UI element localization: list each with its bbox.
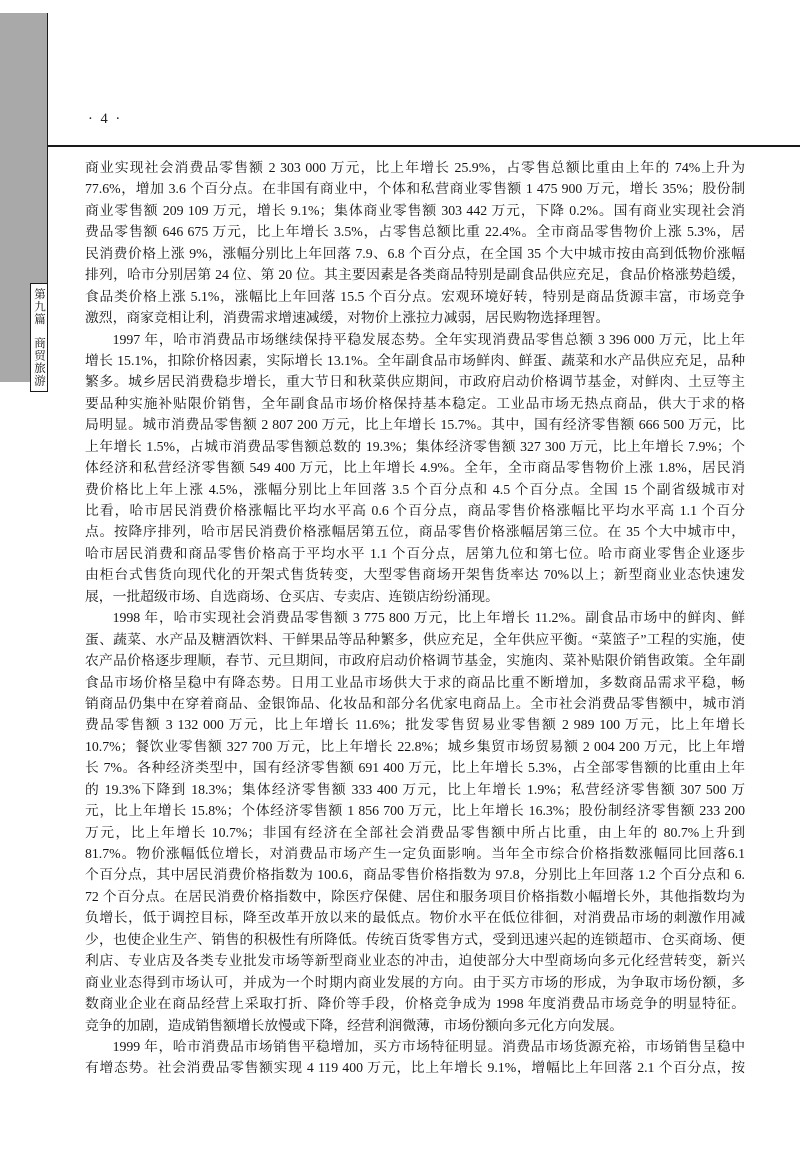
page-edge-band: 第九篇 商贸旅游: [0, 13, 48, 382]
body-text: 商业实现社会消费品零售额 2 303 000 万元，比上年增长 25.9%，占零…: [85, 157, 745, 1079]
text-line: 竞争的加剧，造成销售额增长放慢或下降，经营利润微薄，市场份额向多元化方向发展。: [85, 1015, 745, 1036]
text-line: 上年增长 1.5%，占城市消费品零售额总数的 19.3%；集体经济零售额 327…: [85, 436, 745, 457]
text-line: 民消费价格上涨 9%，涨幅分别比上年回落 7.9、6.8 个百分点，在全国 35…: [85, 243, 745, 264]
text-line: 展，一批超级市场、自选商场、仓买店、专卖店、连锁店纷纷涌现。: [85, 586, 745, 607]
text-line: 要品种实施补贴限价销售，全年副食品市场价格保持基本稳定。工业品市场无热点商品，供…: [85, 393, 745, 414]
text-line: 81.7%。物价涨幅低位增长，对消费品市场产生一定负面影响。当年全市综合价格指数…: [85, 843, 745, 864]
text-line: 由柜台式售货向现代化的开架式售货转变，大型零售商场开架售货率达 70%以上；新型…: [85, 564, 745, 585]
chapter-tab: 第九篇 商贸旅游: [30, 283, 48, 392]
text-line: 哈市居民消费和商品零售价格高于平均水平 1.1 个百分点，居第九位和第七位。哈市…: [85, 543, 745, 564]
text-line: 1999 年，哈市消费品市场销售平稳增加，买方市场特征明显。消费品市场货源充裕，…: [85, 1036, 745, 1057]
text-line: 局明显。城市消费品零售额 2 807 200 万元，比上年增长 15.7%。其中…: [85, 414, 745, 435]
text-line: 激烈，商家竞相让利，消费需求增速减缓，对物价上涨拉力减弱，居民购物选择理智。: [85, 307, 745, 328]
text-line: 比看，哈市居民消费价格涨幅比平均水平高 0.6 个百分点，商品零售价格涨幅比平均…: [85, 500, 745, 521]
text-line: 元，比上年增长 15.8%；个体经济零售额 1 856 700 万元，比上年增长…: [85, 800, 745, 821]
text-line: 排列，哈市分别居第 24 位、第 20 位。其主要因素是各类商品特别是副食品供应…: [85, 264, 745, 285]
text-line: 万元，比上年增长 10.7%；非国有经济在全部社会消费品零售额中所占比重，由上年…: [85, 822, 745, 843]
text-line: 商业零售额 209 109 万元，增长 9.1%；集体商业零售额 303 442…: [85, 200, 745, 221]
text-line: 费价格比上年上涨 4.5%，涨幅分别比上年回落 3.5 个百分点和 4.5 个百…: [85, 479, 745, 500]
text-line: 少，也使企业生产、销售的积极性有所降低。传统百货零售方式，受到迅速兴起的连锁超市…: [85, 929, 745, 950]
text-line: 食品市场价格呈稳中有降态势。日用工业品市场供大于求的商品比重不断增加，多数商品需…: [85, 672, 745, 693]
text-line: 1998 年，哈市实现社会消费品零售额 3 775 800 万元，比上年增长 1…: [85, 607, 745, 628]
text-line: 销商品仍集中在穿着商品、金银饰品、化妆品和部分名优家电商品上。全市社会消费品零售…: [85, 693, 745, 714]
text-line: 有增态势。社会消费品零售额实现 4 119 400 万元，比上年增长 9.1%，…: [85, 1057, 745, 1078]
text-line: 费品零售额 646 675 万元，比上年增长 3.5%，占零售总额比重 22.4…: [85, 221, 745, 242]
text-line: 利店、专业店及各类专业批发市场等新型商业业态的冲击，迫使部分大中型商场向多元化经…: [85, 950, 745, 971]
text-line: 个百分点，其中居民消费价格指数为 100.6，商品零售价格指数为 97.8，分别…: [85, 864, 745, 885]
text-line: 体经济和私营经济零售额 549 400 万元，比上年增长 4.9%。全年，全市商…: [85, 457, 745, 478]
text-line: 农产品价格逐步理顺，春节、元旦期间，市政府启动价格调节基金，实施肉、菜补贴限价销…: [85, 650, 745, 671]
text-line: 77.6%，增加 3.6 个百分点。在非国有商业中，个体和私营商业零售额 1 4…: [85, 178, 745, 199]
text-line: 72 个百分点。在居民消费价格指数中，除医疗保健、居住和服务项目价格指数小幅增长…: [85, 886, 745, 907]
text-line: 1997 年，哈市消费品市场继续保持平稳发展态势。全年实现消费品零售总额 3 3…: [85, 329, 745, 350]
text-line: 食品类价格上涨 5.1%，涨幅比上年回落 15.5 个百分点。宏观环境好转，特别…: [85, 286, 745, 307]
text-line: 商业业态得到市场认可，并成为一个时期内商业发展的方向。由于买方市场的形成，为争取…: [85, 972, 745, 993]
text-line: 商业实现社会消费品零售额 2 303 000 万元，比上年增长 25.9%，占零…: [85, 157, 745, 178]
text-line: 10.7%；餐饮业零售额 327 700 万元，比上年增长 22.8%；城乡集贸…: [85, 736, 745, 757]
text-line: 的 19.3%下降到 18.3%；集体经济零售额 333 400 万元，比上年增…: [85, 779, 745, 800]
text-line: 数商业企业在商品经营上采取打折、降价等手段，价格竞争成为 1998 年度消费品市…: [85, 993, 745, 1014]
text-line: 费品零售额 3 132 000 万元，比上年增长 11.6%；批发零售贸易业零售…: [85, 714, 745, 735]
text-line: 繁多。城乡居民消费稳步增长，重大节日和秋菜供应期间，市政府启动价格调节基金，对鲜…: [85, 371, 745, 392]
book-page: 第九篇 商贸旅游 · 4 · 商业实现社会消费品零售额 2 303 000 万元…: [0, 0, 800, 1159]
text-line: 长 7%。各种经济类型中，国有经济零售额 691 400 万元，比上年增长 5.…: [85, 757, 745, 778]
page-number: · 4 ·: [88, 111, 122, 128]
text-line: 负增长，低于调控目标，降至改革开放以来的最低点。物价水平在低位徘徊，对消费品市场…: [85, 907, 745, 928]
chapter-tab-section-label: 商贸旅游: [32, 337, 46, 387]
header-rule: [48, 145, 800, 147]
chapter-tab-part-label: 第九篇: [32, 288, 46, 326]
text-line: 蛋、蔬菜、水产品及糖酒饮料、干鲜果品等品种繁多，供应充足，全年供应平衡。“菜篮子…: [85, 629, 745, 650]
text-line: 增长 15.1%，扣除价格因素，实际增长 13.1%。全年副食品市场鲜肉、鲜蛋、…: [85, 350, 745, 371]
text-line: 点。按降序排列，哈市居民消费价格涨幅居第五位，商品零售价格涨幅居第三位。在 35…: [85, 521, 745, 542]
